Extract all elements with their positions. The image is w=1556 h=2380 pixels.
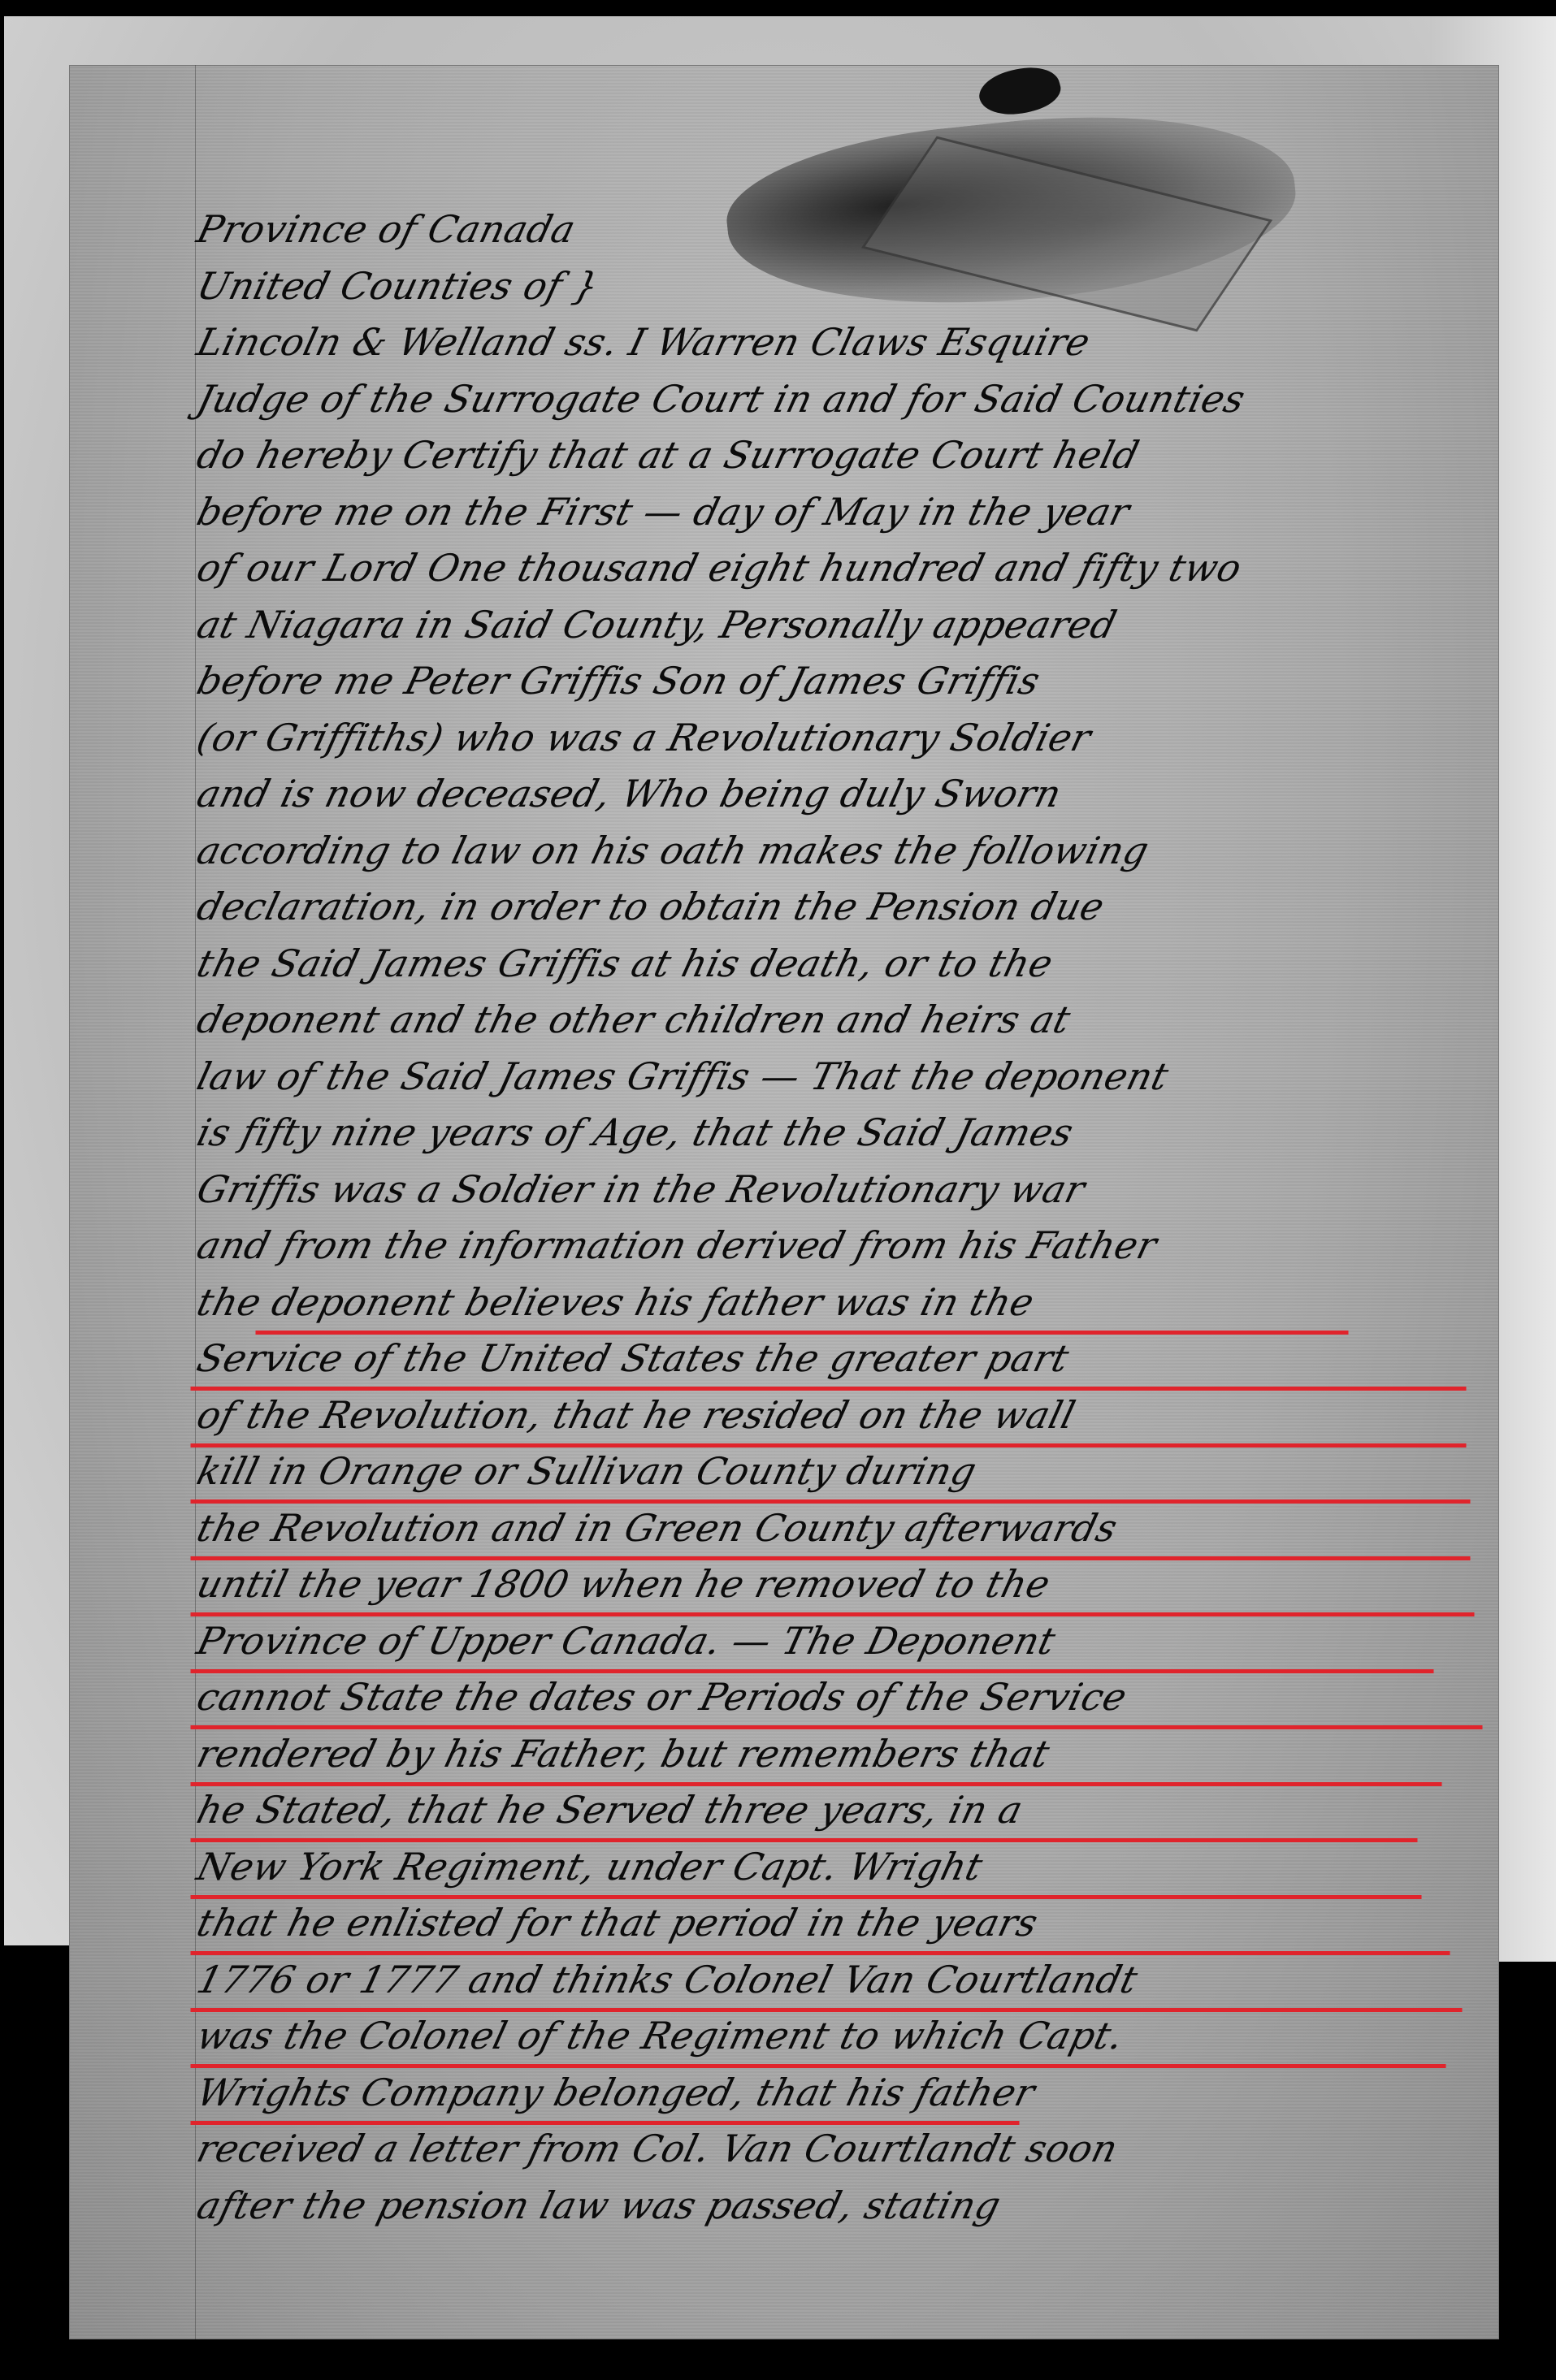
text-line: deponent and the other children and heir… [191, 992, 1505, 1049]
underlined-text-line: 1776 or 1777 and thinks Colonel Van Cour… [191, 1952, 1505, 2009]
underlined-text-line: Service of the United States the greater… [191, 1331, 1505, 1387]
text-line: received a letter from Col. Van Courtlan… [191, 2121, 1505, 2178]
underlined-text-line: the deponent believes his father was in … [191, 1274, 1505, 1331]
text-line: before me on the First — day of May in t… [191, 484, 1505, 541]
underlined-text-line: was the Colonel of the Regiment to which… [191, 2008, 1505, 2065]
text-line: Province of Canada [191, 201, 1505, 258]
text-line: before me Peter Griffis Son of James Gri… [191, 653, 1505, 710]
underlined-text-line: rendered by his Father, but remembers th… [191, 1726, 1505, 1783]
text-line: after the pension law was passed, statin… [191, 2178, 1505, 2235]
handwritten-text: Province of CanadaUnited Counties of }Li… [191, 201, 1491, 2234]
underlined-text-line: he Stated, that he Served three years, i… [191, 1782, 1505, 1839]
underlined-text-line: cannot State the dates or Periods of the… [191, 1669, 1505, 1726]
text-line: Lincoln & Welland ss. I Warren Claws Esq… [191, 314, 1505, 371]
text-line: and is now deceased, Who being duly Swor… [191, 766, 1505, 823]
text-line: and from the information derived from hi… [191, 1218, 1505, 1274]
underlined-text-line: the Revolution and in Green County after… [191, 1500, 1505, 1557]
text-line: the Said James Griffis at his death, or … [191, 936, 1505, 993]
scan-border-bottom [0, 2339, 1556, 2380]
underlined-text-line: kill in Orange or Sullivan County during [191, 1443, 1505, 1500]
text-line: is fifty nine years of Age, that the Sai… [191, 1105, 1505, 1162]
text-line: Judge of the Surrogate Court in and for … [191, 371, 1505, 428]
text-line: according to law on his oath makes the f… [191, 823, 1505, 880]
text-line: Griffis was a Soldier in the Revolutiona… [191, 1162, 1505, 1218]
text-line: do hereby Certify that at a Surrogate Co… [191, 427, 1505, 484]
text-line: United Counties of } [191, 258, 1505, 315]
underlined-text-line: Province of Upper Canada. — The Deponent [191, 1613, 1505, 1670]
text-line: law of the Said James Griffis — That the… [191, 1049, 1505, 1106]
underlined-text-line: Wrights Company belonged, that his fathe… [191, 2065, 1505, 2122]
text-line: (or Griffiths) who was a Revolutionary S… [191, 710, 1505, 767]
text-line: of our Lord One thousand eight hundred a… [191, 540, 1505, 597]
underlined-text-line: until the year 1800 when he removed to t… [191, 1556, 1505, 1613]
text-line: at Niagara in Said County, Personally ap… [191, 597, 1505, 654]
underlined-text-line: that he enlisted for that period in the … [191, 1895, 1505, 1952]
underlined-text-line: of the Revolution, that he resided on th… [191, 1387, 1505, 1444]
underlined-text-line: New York Regiment, under Capt. Wright [191, 1839, 1505, 1896]
text-line: declaration, in order to obtain the Pens… [191, 879, 1505, 936]
